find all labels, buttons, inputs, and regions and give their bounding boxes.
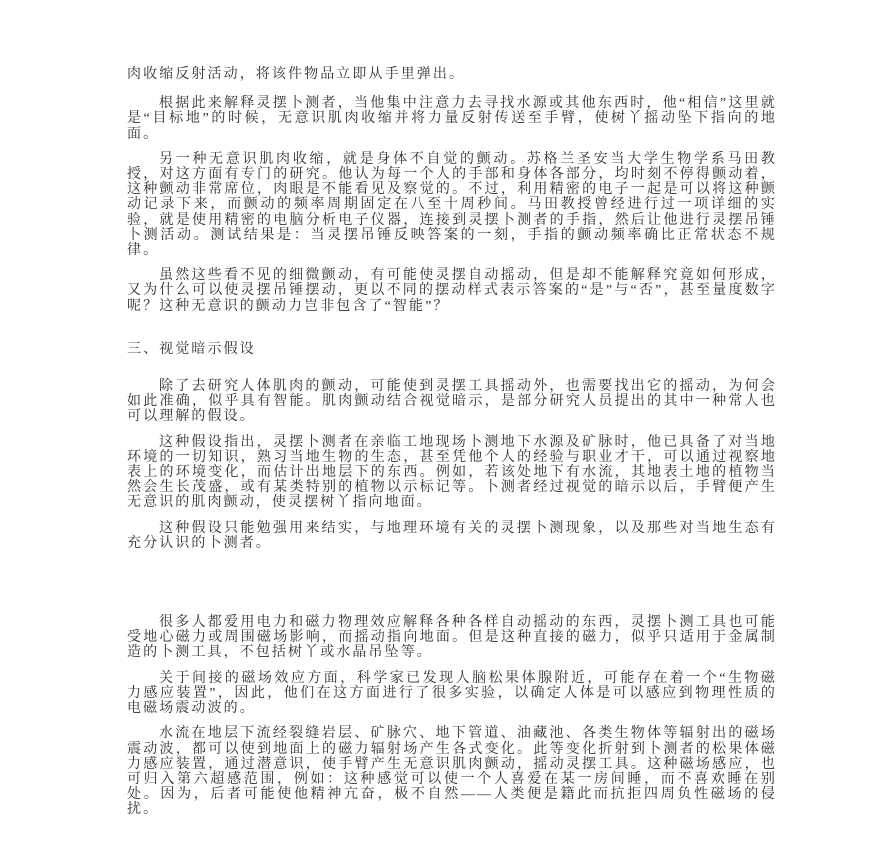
- section-heading-visual-cue-hypothesis: 三、视觉暗示假设: [127, 342, 777, 357]
- section-spacer: [127, 561, 777, 615]
- paragraph-magnetism-direct: 很多人都爱用电力和磁力物理效应解释各种各样自动摇动的东西，灵摆卜测工具也可能受地…: [127, 615, 777, 661]
- paragraph-tremor-research: 另一种无意识肌肉收缩，就是身体不自觉的颤动。苏格兰圣安当大学生物学系马田教授，对…: [127, 152, 777, 258]
- paragraph-magnetism-pineal: 关于间接的磁场效应方面，科学家已发现人脑松果体腺附近，可能存在着一个“生物磁力感…: [127, 671, 777, 717]
- document-page: 肉收缩反射活动，将该件物品立即从手里弹出。 根据此来解释灵摆卜测者，当他集中注意…: [0, 0, 870, 842]
- paragraph-visual-cue-limitation: 这种假设只能勉强用来结实，与地理环境有关的灵摆卜测现象，以及那些对当地生态有充分…: [127, 521, 777, 551]
- paragraph-continuation-muscle-reflex: 肉收缩反射活动，将该件物品立即从手里弹出。: [127, 67, 777, 82]
- paragraph-visual-cue-intro: 除了去研究人体肌肉的颤动，可能使到灵摆工具摇动外，也需要找出它的摇动，为何会如此…: [127, 379, 777, 425]
- paragraph-dowser-explanation: 根据此来解释灵摆卜测者，当他集中注意力去寻找水源或其他东西时，他“相信”这里就是…: [127, 96, 777, 142]
- paragraph-tremor-questions: 虽然这些看不见的细微颤动，有可能使灵摆自动摇动，但是却不能解释究竟如何形成，又为…: [127, 268, 777, 314]
- paragraph-magnetism-underground: 水流在地层下流经裂缝岩层、矿脉穴、地下管道、油藏池、各类生物体等辐射出的磁场震动…: [127, 726, 777, 817]
- paragraph-visual-cue-detail: 这种假设指出，灵摆卜测者在亲临工地现场卜测地下水源及矿脉时，他已具备了对当地环境…: [127, 435, 777, 511]
